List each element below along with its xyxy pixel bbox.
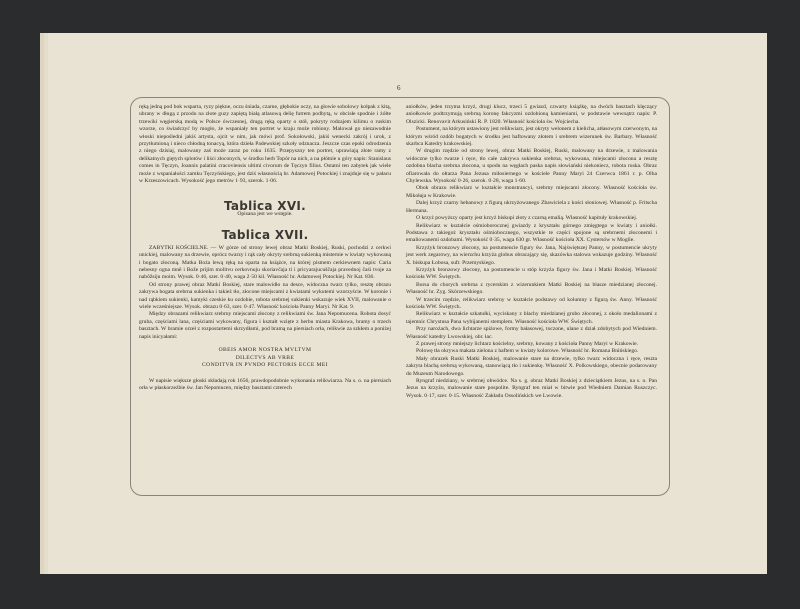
reliquary-inscription: OBEIS AMOR NOSTRA MVLTVM DILECTVS AB VRB… (139, 347, 391, 370)
paragraph: Krzyżyk bronzowy złocony, na postumencie… (406, 267, 657, 282)
right-column: aniołków, jeden trzyma krzyż, drugi kluc… (406, 104, 657, 400)
intro-paragraph: ręką jedną pod bok wsparta, ryzy piękne,… (139, 104, 391, 185)
paragraph: Obok obrazu relikwiarz w kształcie monst… (406, 185, 657, 200)
paragraph: Bursa do chorych srebrna z rycerskim z w… (406, 282, 657, 297)
inscription-line: DILECTVS AB VRBE (139, 355, 391, 363)
paragraph: Przy narożach, dwa lichtarze spiżowe, fo… (406, 326, 657, 341)
tablica-xvi-subtitle: Opisana jest we wstępie. (139, 211, 391, 218)
paragraph: W trzecim rzędzie, relikwiarz srebrny w … (406, 297, 657, 312)
paragraph: ZABYTKI KOŚCIELNE. — W górze od strony l… (139, 245, 391, 282)
paragraph: Dalej krzyż czarny hebanowy z figurą ukr… (406, 200, 657, 215)
left-column: ręką jedną pod bok wsparta, ryzy piękne,… (139, 104, 391, 393)
paragraph: Relikwiarz w kształcie ośmioborocznej gw… (406, 223, 657, 245)
paragraph: Mały obrazek Ruski Matki Boskiej, malowa… (406, 356, 657, 378)
paragraph: Postument, na którym ustawiony jest reli… (406, 126, 657, 148)
closing-paragraph: W napisie większe głoski składają rok 16… (139, 378, 391, 393)
inscription-line: CONDITVR IN PVNDO PECTORIS ECCE MEI (139, 362, 391, 370)
paragraph: Od strony prawej obraz Matki Boskiej, st… (139, 282, 391, 312)
heading-tablica-xvii: Tablica XVII. (139, 232, 391, 239)
paragraph: aniołków, jeden trzyma krzyż, drugi kluc… (406, 104, 657, 126)
paragraph: W drugim rzędzie od strony lewej, obraz … (406, 148, 657, 185)
inscription-line: OBEIS AMOR NOSTRA MVLTVM (139, 347, 391, 355)
paragraph: Między obrazami relikwiarz srebrny miejs… (139, 311, 391, 341)
paragraph: O krzyż powyższy oparty jest krzyż bisku… (406, 215, 657, 222)
paragraph: Polowę tła okrywa makata zielona z hafte… (406, 348, 657, 355)
heading-tablica-xvi: Tablica XVI. (139, 203, 391, 210)
paragraph: Krzyżyk bronzowy złocony, na postumencie… (406, 245, 657, 267)
paragraph: Ryngraf niedziany, w srebrnej obwódce. N… (406, 378, 657, 400)
page-number: 6 (397, 84, 401, 92)
paragraph: Relikwiarz w kształcie szkatułki, wycisk… (406, 311, 657, 326)
